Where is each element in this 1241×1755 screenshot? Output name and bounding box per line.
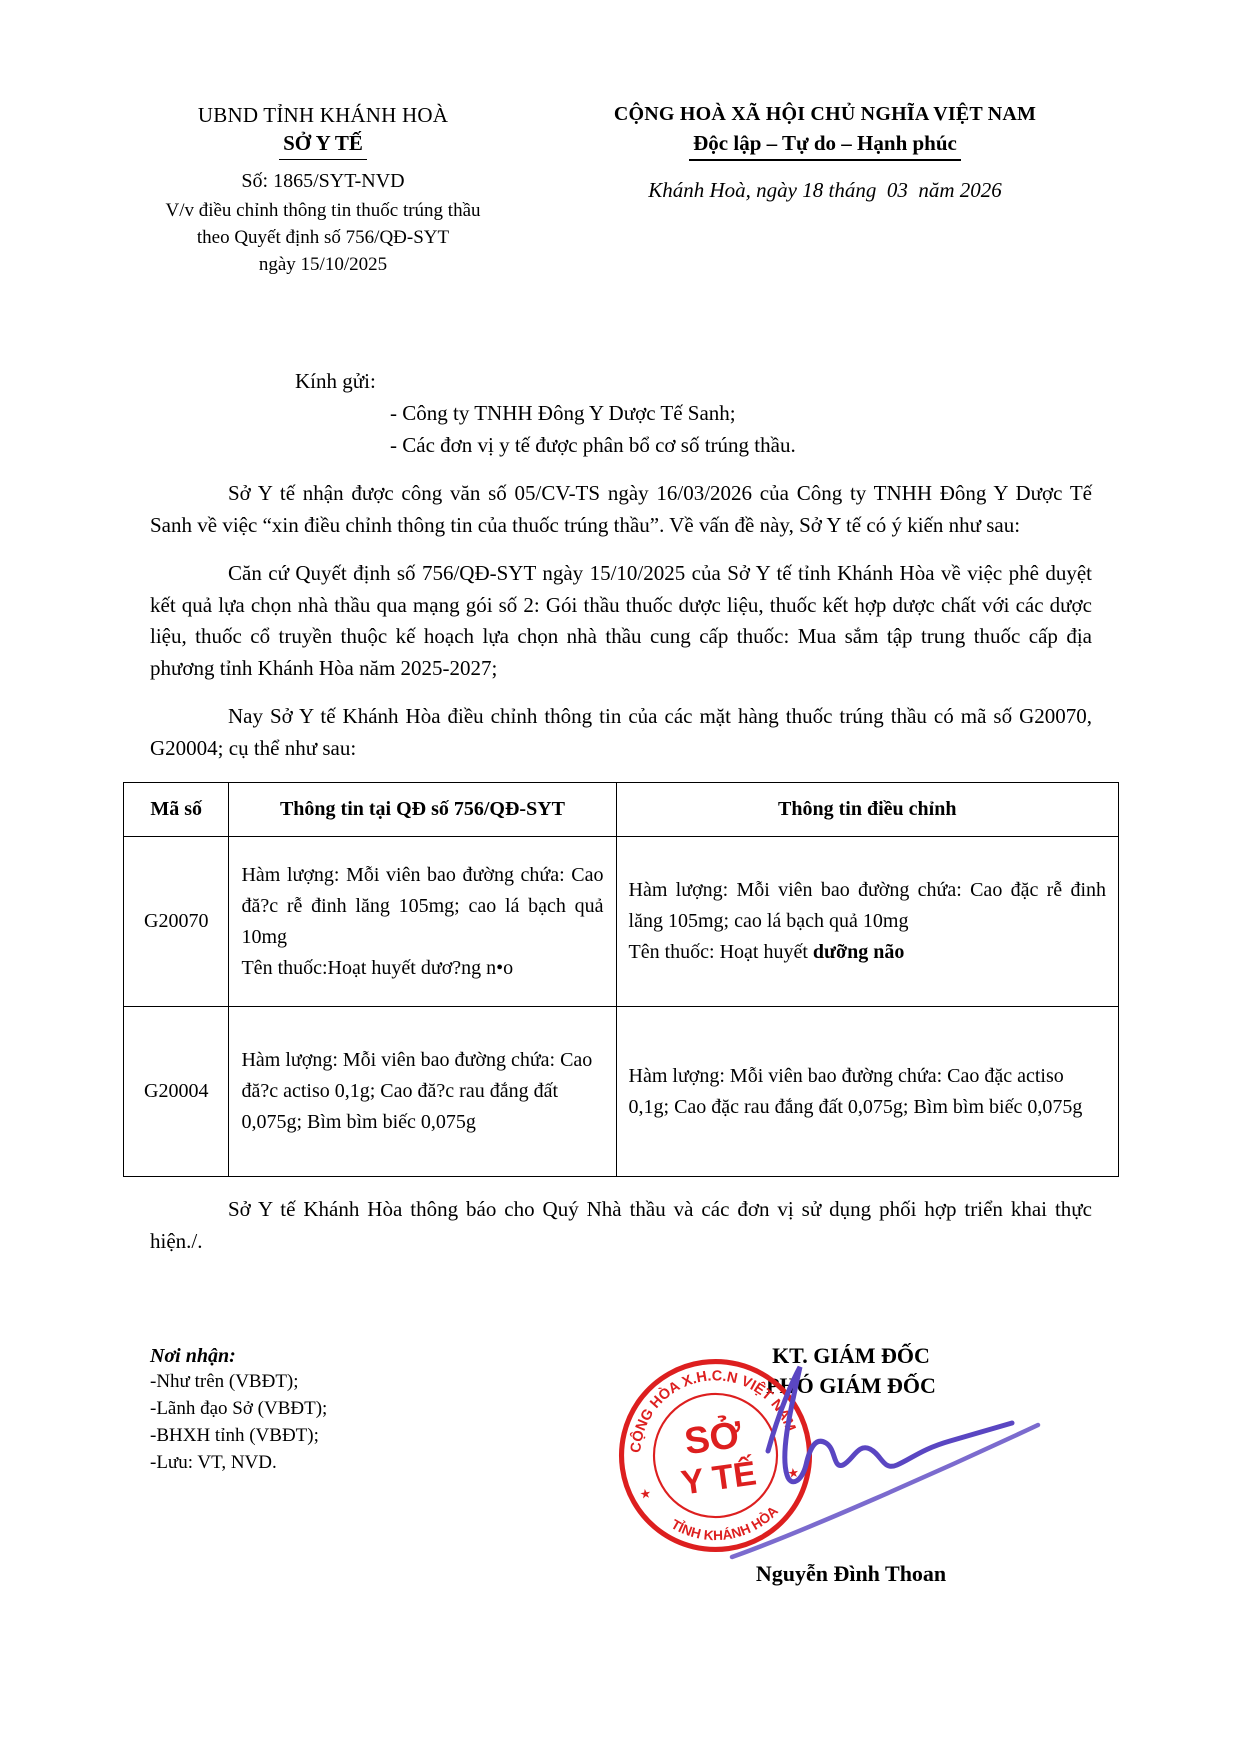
subject-line-2: theo Quyết định số 756/QĐ-SYT bbox=[123, 224, 523, 251]
noi-nhan-item: -Như trên (VBĐT); bbox=[150, 1368, 327, 1395]
drug-code: G20004 bbox=[124, 1007, 229, 1177]
salutation-block: Kính gửi: - Công ty TNHH Đông Y Dược Tế … bbox=[123, 365, 1119, 461]
adjustment-table: Mã số Thông tin tại QĐ số 756/QĐ-SYT Thô… bbox=[123, 782, 1119, 1177]
closing-paragraph: Sở Y tế Khánh Hòa thông báo cho Quý Nhà … bbox=[150, 1194, 1092, 1257]
body-paragraph: Nay Sở Y tế Khánh Hòa điều chỉnh thông t… bbox=[150, 701, 1092, 764]
new-info-content: Hàm lượng: Mỗi viên bao đường chứa: Cao … bbox=[629, 875, 1106, 937]
table-row: G20070 Hàm lượng: Mỗi viên bao đường chứ… bbox=[124, 837, 1119, 1007]
body-paragraph: Căn cứ Quyết định số 756/QĐ-SYT ngày 15/… bbox=[150, 558, 1092, 684]
document-page: UBND TỈNH KHÁNH HOÀ SỞ Y TẾ Số: 1865/SYT… bbox=[0, 0, 1241, 1755]
drug-name-corrected: dưỡng não bbox=[813, 941, 904, 963]
column-header-old-info: Thông tin tại QĐ số 756/QĐ-SYT bbox=[229, 783, 616, 837]
new-info-cell: Hàm lượng: Mỗi viên bao đường chứa: Cao … bbox=[616, 837, 1118, 1007]
noi-nhan-label: Nơi nhận: bbox=[150, 1345, 327, 1368]
parent-agency: UBND TỈNH KHÁNH HOÀ bbox=[123, 103, 523, 128]
column-header-code: Mã số bbox=[124, 783, 229, 837]
agency-underline bbox=[279, 159, 367, 160]
old-info-drug-name: Tên thuốc:Hoạt huyết dươ?ng n•o bbox=[241, 953, 603, 984]
document-number: Số: 1865/SYT-NVD bbox=[123, 170, 523, 193]
noi-nhan-item: -Lãnh đạo Sở (VBĐT); bbox=[150, 1395, 327, 1422]
recipient-line: - Các đơn vị y tế được phân bổ cơ số trú… bbox=[390, 429, 1119, 461]
subject-line-1: V/v điều chỉnh thông tin thuốc trúng thầ… bbox=[123, 197, 523, 224]
national-header-block: CỘNG HOÀ XÃ HỘI CHỦ NGHĨA VIỆT NAM Độc l… bbox=[523, 103, 1119, 203]
handwritten-signature bbox=[650, 1353, 1070, 1583]
column-header-new-info: Thông tin điều chỉnh bbox=[616, 783, 1118, 837]
old-info-cell: Hàm lượng: Mỗi viên bao đường chứa: Cao … bbox=[229, 837, 616, 1007]
letterhead: UBND TỈNH KHÁNH HOÀ SỞ Y TẾ Số: 1865/SYT… bbox=[123, 103, 1119, 315]
national-motto-line1: CỘNG HOÀ XÃ HỘI CHỦ NGHĨA VIỆT NAM bbox=[531, 103, 1119, 126]
new-info-cell: Hàm lượng: Mỗi viên bao đường chứa: Cao … bbox=[616, 1007, 1118, 1177]
recipients-footer-block: Nơi nhận: -Như trên (VBĐT); -Lãnh đạo Sở… bbox=[150, 1345, 327, 1476]
issuing-agency-block: UBND TỈNH KHÁNH HOÀ SỞ Y TẾ Số: 1865/SYT… bbox=[123, 103, 523, 278]
drug-name-prefix: Tên thuốc: Hoạt huyết bbox=[629, 941, 813, 963]
new-info-drug-name: Tên thuốc: Hoạt huyết dưỡng não bbox=[629, 937, 1106, 968]
recipient-line: - Công ty TNHH Đông Y Dược Tế Sanh; bbox=[390, 397, 1119, 429]
document-subject: V/v điều chỉnh thông tin thuốc trúng thầ… bbox=[123, 197, 523, 278]
subject-line-3: ngày 15/10/2025 bbox=[123, 251, 523, 278]
place-date-line: Khánh Hoà, ngày 18 tháng 03 năm 2026 bbox=[531, 178, 1119, 203]
document-content: UBND TỈNH KHÁNH HOÀ SỞ Y TẾ Số: 1865/SYT… bbox=[123, 103, 1119, 1257]
table-row: G20004 Hàm lượng: Mỗi viên bao đường chứ… bbox=[124, 1007, 1119, 1177]
table-header-row: Mã số Thông tin tại QĐ số 756/QĐ-SYT Thô… bbox=[124, 783, 1119, 837]
old-info-cell: Hàm lượng: Mỗi viên bao đường chứa: Cao … bbox=[229, 1007, 616, 1177]
old-info-content: Hàm lượng: Mỗi viên bao đường chứa: Cao … bbox=[241, 860, 603, 953]
noi-nhan-item: -BHXH tỉnh (VBĐT); bbox=[150, 1422, 327, 1449]
new-info-content: Hàm lượng: Mỗi viên bao đường chứa: Cao … bbox=[629, 1061, 1106, 1123]
national-motto-line2: Độc lập – Tự do – Hạnh phúc bbox=[689, 129, 961, 161]
noi-nhan-item: -Lưu: VT, NVD. bbox=[150, 1449, 327, 1476]
agency-name: SỞ Y TẾ bbox=[123, 131, 523, 156]
drug-code: G20070 bbox=[124, 837, 229, 1007]
salutation-label: Kính gửi: bbox=[295, 365, 1119, 397]
body-paragraph: Sở Y tế nhận được công văn số 05/CV-TS n… bbox=[150, 478, 1092, 541]
old-info-content: Hàm lượng: Mỗi viên bao đường chứa: Cao … bbox=[241, 1045, 603, 1138]
